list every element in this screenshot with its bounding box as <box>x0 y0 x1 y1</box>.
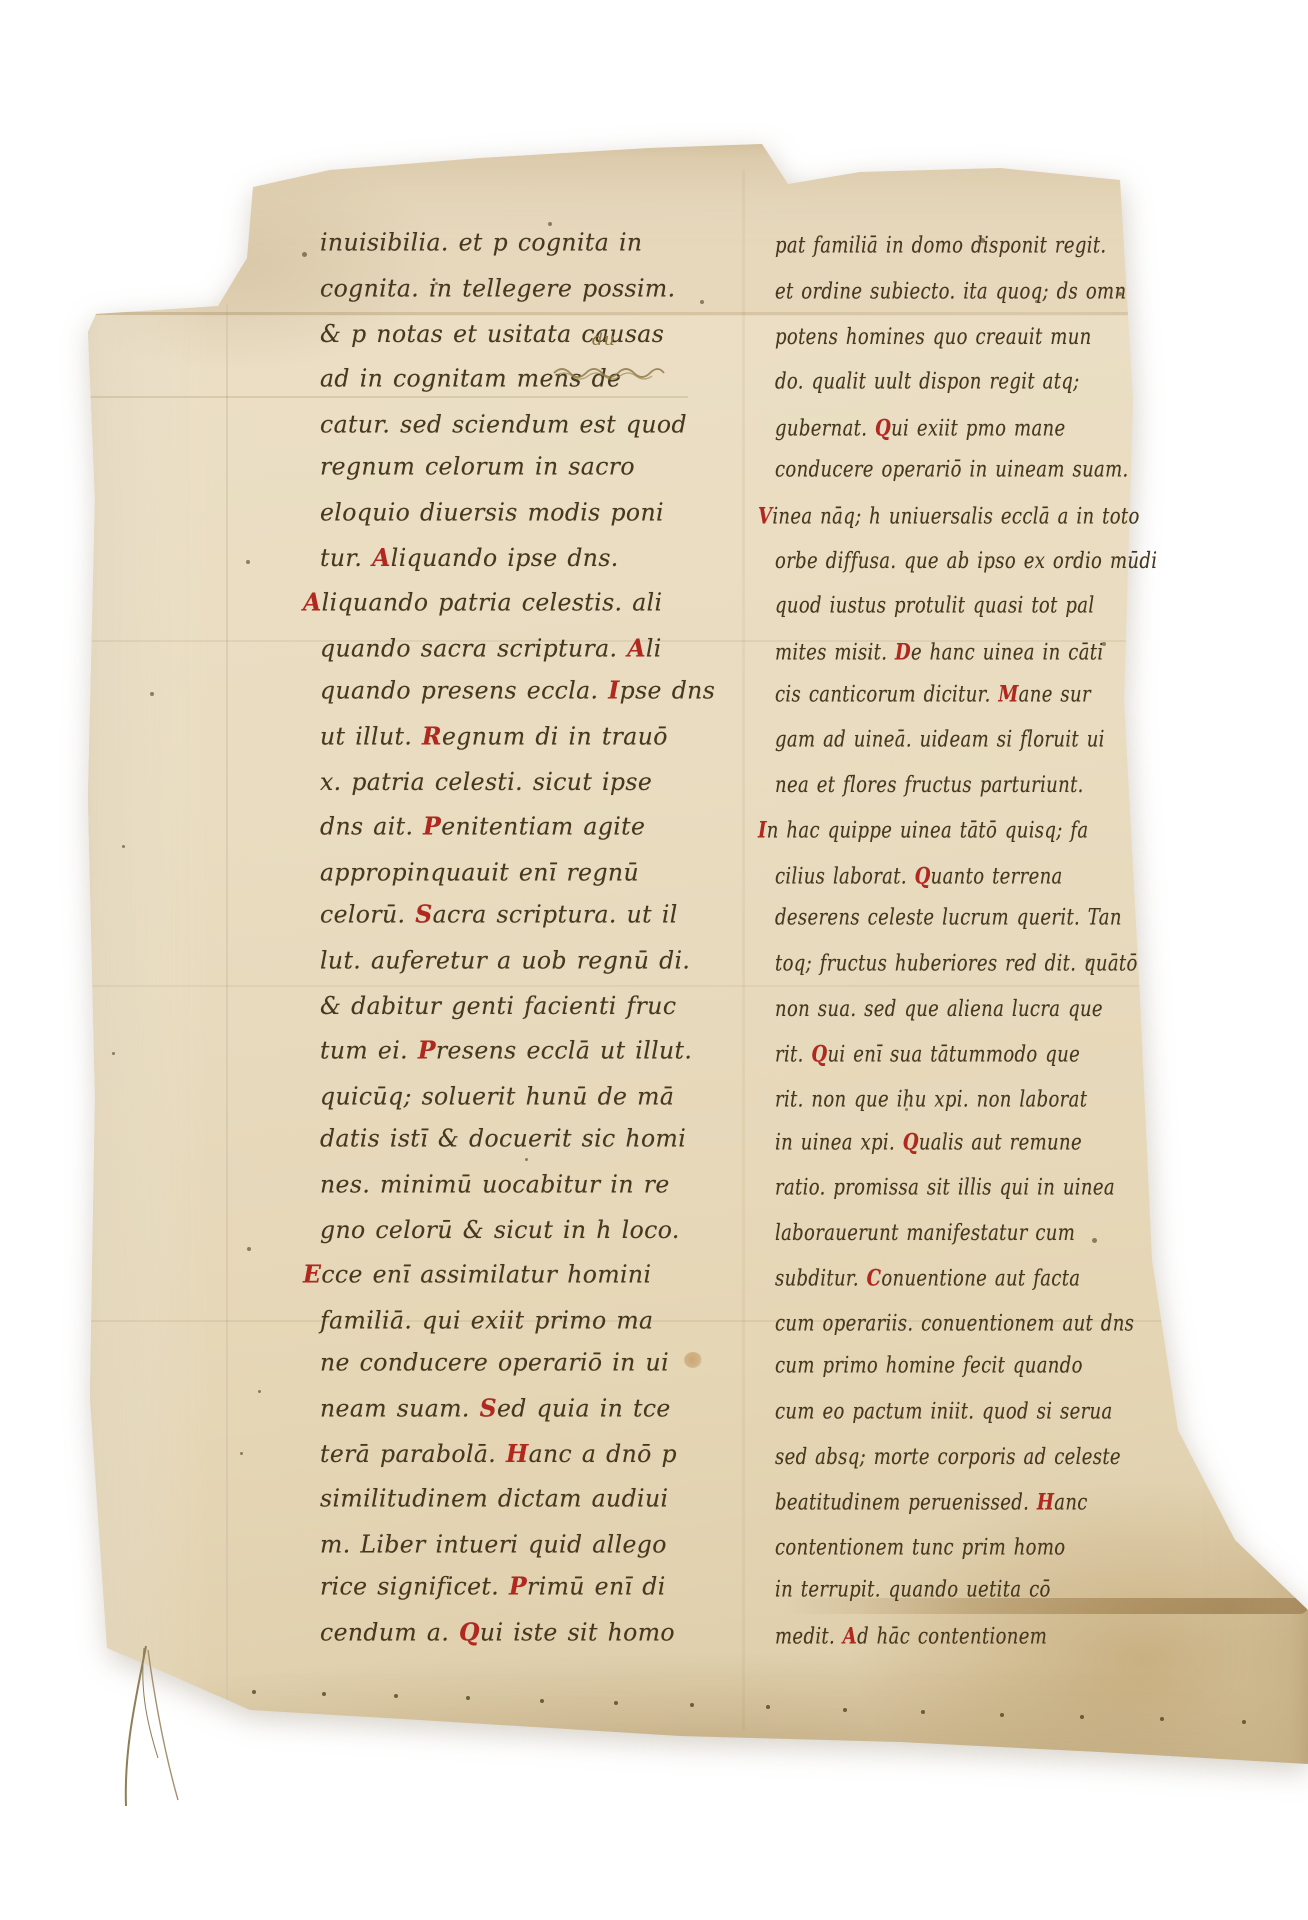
rubric-initial: I <box>758 818 767 844</box>
rubric-initial: V <box>758 503 772 529</box>
text-run: enitentiam agite <box>441 813 645 841</box>
sewing-hole <box>1000 1713 1004 1717</box>
text-run: in uinea xpi. <box>775 1131 903 1156</box>
manuscript-line: rit. non que ihu xpi. non laborat <box>775 1079 1157 1124</box>
speck <box>246 560 250 564</box>
text-run: lut. auferetur a uob regnū di. <box>320 946 690 974</box>
rubric-initial: A <box>303 588 322 617</box>
rubric-initial: P <box>423 812 441 841</box>
manuscript-line: terā parabolā. Hanc a dnō p <box>320 1432 715 1477</box>
manuscript-line: non sua. sed que aliena lucra que <box>775 988 1157 1033</box>
text-run: tur. <box>320 544 372 572</box>
rubric-initial: S <box>415 900 432 929</box>
photo-background: inuisibilia. et p cognita incognita. in … <box>0 0 1308 1920</box>
manuscript-line: cilius laborat. Quanto terrena <box>775 855 1157 900</box>
sewing-hole <box>394 1694 398 1698</box>
text-run: cilius laborat. <box>775 865 915 890</box>
text-run: & dabitur genti facienti fruc <box>320 992 676 1020</box>
text-run: cendum a. <box>320 1618 459 1646</box>
manuscript-line: medit. Ad hāc contentionem <box>775 1614 1157 1659</box>
text-run: gam ad uineā. uideam si floruit ui <box>775 727 1105 752</box>
manuscript-line: lut. auferetur a uob regnū di. <box>320 938 715 983</box>
manuscript-line: Ecce enī assimilatur homini <box>303 1253 715 1298</box>
manuscript-line: deserens celeste lucrum querit. Tan <box>775 897 1157 942</box>
manuscript-line: eloquio diuersis modis poni <box>320 490 715 535</box>
text-run: e hanc uinea in cāti <box>911 641 1104 666</box>
text-column-left: inuisibilia. et p cognita incognita. in … <box>320 222 723 1656</box>
text-run: orbe diffusa. que ab ipso ex ordio mūdi <box>775 549 1157 574</box>
text-run: appropinquauit enī regnū <box>320 859 639 887</box>
rubric-initial: D <box>895 640 911 666</box>
text-run: ui enī sua tātummodo que <box>827 1043 1080 1068</box>
speck <box>302 252 307 257</box>
sewing-hole <box>1160 1717 1164 1721</box>
manuscript-line: dns ait. Penitentiam agite <box>320 805 715 850</box>
text-run: similitudinem dictam audiui <box>320 1485 668 1513</box>
text-run: egnum di in trauō <box>442 722 668 750</box>
text-run: quando presens eccla. <box>320 677 608 705</box>
text-run: do. qualit uult dispon regit atq; <box>775 370 1080 395</box>
rubric-initial: P <box>418 1036 436 1065</box>
manuscript-line: catur. sed sciendum est quod <box>320 403 715 448</box>
text-run: in terrupit. quando uetita cō <box>775 1578 1051 1603</box>
rubric-initial: A <box>627 634 646 663</box>
rubric-initial: I <box>608 676 619 705</box>
manuscript-line: orbe diffusa. que ab ipso ex ordio mūdi <box>775 540 1157 585</box>
sewing-hole <box>540 1699 544 1703</box>
manuscript-line: beatitudinem peruenissed. Hanc <box>775 1481 1157 1526</box>
rubric-initial: C <box>867 1266 882 1292</box>
text-run: nea et flores fructus parturiunt. <box>775 773 1084 798</box>
text-run: deserens celeste lucrum querit. Tan <box>775 906 1122 931</box>
rubric-initial: R <box>422 721 442 750</box>
manuscript-line: cis canticorum dicitur. Mane sur <box>775 673 1157 718</box>
sewing-hole <box>1080 1715 1084 1719</box>
manuscript-line: appropinquauit enī regnū <box>320 851 715 896</box>
text-run: ui exiit pmo mane <box>891 417 1065 442</box>
manuscript-line: gno celorū & sicut in h loco. <box>320 1208 715 1253</box>
text-run: tum ei. <box>320 1037 418 1065</box>
manuscript-line: m. Liber intueri quid allego <box>320 1523 715 1568</box>
manuscript-line: cum primo homine fecit quando <box>775 1345 1157 1390</box>
text-run: medit. <box>775 1624 843 1649</box>
text-run: pat familiā in domo disponit regit. <box>775 234 1106 259</box>
text-run: m. Liber intueri quid allego <box>320 1531 667 1559</box>
rubric-initial: Q <box>459 1617 480 1646</box>
manuscript-line: rice significet. Primū enī di <box>320 1565 715 1610</box>
rubric-initial: E <box>303 1260 321 1289</box>
sewing-hole <box>921 1710 925 1714</box>
text-run: potens homines quo creauit mun <box>775 325 1092 350</box>
speck <box>247 1247 251 1251</box>
text-run: et ordine subiecto. ita quoq; ds omn <box>775 279 1126 304</box>
text-run: ut illut. <box>320 722 422 750</box>
text-run: regnum celorum in sacro <box>320 453 635 481</box>
text-run: acra scriptura. ut il <box>433 901 678 929</box>
text-run: laborauerunt manifestatur cum <box>775 1221 1075 1246</box>
text-run: familiā. qui exiit primo ma <box>320 1307 653 1335</box>
manuscript-line: cum eo pactum iniit. quod si serua <box>775 1390 1157 1435</box>
interlinear-correction: du <box>592 330 616 350</box>
sewing-hole <box>252 1690 256 1694</box>
manuscript-line: x. patria celesti. sicut ipse <box>320 760 715 805</box>
sewing-hole <box>466 1696 470 1700</box>
text-run: ui iste sit homo <box>480 1618 675 1646</box>
manuscript-line: neam suam. Sed quia in tce <box>320 1386 715 1431</box>
rubric-initial: S <box>480 1393 497 1422</box>
text-run: eloquio diuersis modis poni <box>320 498 664 526</box>
manuscript-line: et ordine subiecto. ita quoq; ds omn <box>775 270 1157 315</box>
manuscript-line: pat familiā in domo disponit regit. <box>775 225 1157 270</box>
text-run: d hāc contentionem <box>857 1624 1047 1649</box>
text-run: anc <box>1054 1491 1087 1516</box>
text-column-right: pat familiā in domo disponit regit.et or… <box>775 226 1241 1660</box>
text-run: dns ait. <box>320 813 423 841</box>
manuscript-line: conducere operariō in uineam suam. <box>775 449 1157 494</box>
text-run: uanto terrena <box>931 865 1063 890</box>
manuscript-line: contentionem tunc prim homo <box>775 1527 1157 1572</box>
text-run: celorū. <box>320 901 415 929</box>
text-run: mites misit. <box>775 641 895 666</box>
text-run: rimū enī di <box>527 1573 666 1601</box>
text-run: li <box>646 635 662 663</box>
rubric-initial: A <box>843 1623 857 1649</box>
manuscript-line: sed absq; morte corporis ad celeste <box>775 1436 1157 1481</box>
manuscript-line: mites misit. De hanc uinea in cāti <box>775 631 1157 676</box>
speck <box>122 845 125 848</box>
text-run: cum primo homine fecit quando <box>775 1354 1083 1379</box>
text-run: conducere operariō in uineam suam. <box>775 458 1129 483</box>
text-run: anc a dnō p <box>529 1440 677 1468</box>
text-run: quod iustus protulit quasi tot pal <box>775 594 1094 619</box>
manuscript-line: do. qualit uult dispon regit atq; <box>775 361 1157 406</box>
manuscript-line: In hac quippe uinea tātō quisq; fa <box>758 809 1154 854</box>
rubric-initial: Q <box>875 416 891 442</box>
manuscript-line: in terrupit. quando uetita cō <box>775 1569 1157 1614</box>
text-run: contentionem tunc prim homo <box>775 1536 1065 1561</box>
loose-thread <box>96 1628 236 1828</box>
text-run: cognita. in tellegere possim. <box>320 274 675 302</box>
text-run: neam suam. <box>320 1394 480 1422</box>
text-run: resens ecclā ut illut. <box>436 1037 692 1065</box>
text-run: quando sacra scriptura. <box>320 635 627 663</box>
sewing-hole <box>322 1692 326 1696</box>
text-run: ne conducere operariō in ui <box>320 1349 669 1377</box>
text-run: cis canticorum dicitur. <box>775 683 998 708</box>
text-run: ratio. promissa sit illis qui in uinea <box>775 1175 1115 1200</box>
text-run: toq; fructus huberiores red dit. quātō <box>775 951 1138 976</box>
text-run: gubernat. <box>775 417 875 442</box>
rubric-initial: Q <box>811 1042 827 1068</box>
text-run: gno celorū & sicut in h loco. <box>320 1216 680 1244</box>
text-run: catur. sed sciendum est quod <box>320 411 687 439</box>
manuscript-line: ratio. promissa sit illis qui in uinea <box>775 1166 1157 1211</box>
rubric-initial: H <box>1037 1490 1054 1516</box>
manuscript-line: datis istī & docuerit sic homi <box>320 1117 715 1162</box>
manuscript-line: inuisibilia. et p cognita in <box>320 221 715 266</box>
text-run: cce enī assimilatur homini <box>321 1261 651 1289</box>
parchment-folded-edge <box>84 304 228 1712</box>
manuscript-line: tum ei. Presens ecclā ut illut. <box>320 1029 715 1074</box>
rubric-initial: A <box>372 543 391 572</box>
text-run: datis istī & docuerit sic homi <box>320 1125 686 1153</box>
rubric-initial: P <box>509 1572 527 1601</box>
rubric-initial: Q <box>915 864 931 890</box>
sewing-hole <box>766 1705 770 1709</box>
manuscript-line: quando sacra scriptura. Ali <box>320 627 715 672</box>
manuscript-line: subditur. Conuentione aut facta <box>775 1257 1157 1302</box>
manuscript-line: in uinea xpi. Qualis aut remune <box>775 1121 1157 1166</box>
manuscript-line: potens homines quo creauit mun <box>775 316 1157 361</box>
manuscript-line: regnum celorum in sacro <box>320 445 715 490</box>
manuscript-line: cum operariis. conuentionem aut dns <box>775 1303 1157 1348</box>
manuscript-line: tur. Aliquando ipse dns. <box>320 536 715 581</box>
manuscript-line: laborauerunt manifestatur cum <box>775 1212 1157 1257</box>
text-run: subditur. <box>775 1267 867 1292</box>
text-run: rit. <box>775 1043 811 1068</box>
manuscript-line: quando presens eccla. Ipse dns <box>320 669 715 714</box>
text-run: non sua. sed que aliena lucra que <box>775 997 1103 1022</box>
text-run: sed absq; morte corporis ad celeste <box>775 1445 1121 1470</box>
manuscript-line: Aliquando patria celestis. ali <box>303 581 715 626</box>
text-run: inuisibilia. et p cognita in <box>320 229 642 257</box>
text-run: x. patria celesti. sicut ipse <box>320 768 652 796</box>
text-run: liquando ipse dns. <box>391 544 619 572</box>
rubric-initial: M <box>998 682 1018 708</box>
text-run: terā parabolā. <box>320 1440 506 1468</box>
sewing-hole <box>1242 1720 1246 1724</box>
text-run: beatitudinem peruenissed. <box>775 1491 1037 1516</box>
manuscript-line: Vinea nāq; h uniuersalis ecclā a in toto <box>758 494 1154 539</box>
text-run: ane sur <box>1019 683 1091 708</box>
manuscript-line: cendum a. Qui iste sit homo <box>320 1610 715 1655</box>
speck <box>240 1452 243 1455</box>
manuscript-line: quod iustus protulit quasi tot pal <box>775 585 1157 630</box>
text-run: cum eo pactum iniit. quod si serua <box>775 1399 1113 1424</box>
rubric-initial: Q <box>903 1130 919 1156</box>
sewing-hole <box>843 1708 847 1712</box>
manuscript-line: nea et flores fructus parturiunt. <box>775 764 1157 809</box>
speck <box>150 692 154 696</box>
manuscript-line: ut illut. Regnum di in trauō <box>320 714 715 759</box>
rubric-initial: H <box>506 1439 529 1468</box>
text-run: n hac quippe uinea tātō quisq; fa <box>767 819 1089 844</box>
text-run: ed quia in tce <box>497 1394 671 1422</box>
manuscript-line: ne conducere operariō in ui <box>320 1341 715 1386</box>
manuscript-line: nes. minimū uocabitur in re <box>320 1162 715 1207</box>
manuscript-line: & dabitur genti facienti fruc <box>320 984 715 1029</box>
text-run: ualis aut remune <box>919 1131 1082 1156</box>
text-run: pse dns <box>620 677 716 705</box>
manuscript-line: familiā. qui exiit primo ma <box>320 1299 715 1344</box>
text-run: cum operariis. conuentionem aut dns <box>775 1312 1134 1337</box>
manuscript-line: gubernat. Qui exiit pmo mane <box>775 407 1157 452</box>
text-run: nes. minimū uocabitur in re <box>320 1170 670 1198</box>
manuscript-line: & p notas et usitata causas <box>320 312 715 357</box>
text-run: liquando patria celestis. ali <box>322 589 663 617</box>
sewing-hole <box>614 1701 618 1705</box>
text-run: onuentione aut facta <box>881 1267 1080 1292</box>
manuscript-line: toq; fructus huberiores red dit. quātō <box>775 942 1157 987</box>
manuscript-line: rit. Qui enī sua tātummodo que <box>775 1033 1157 1078</box>
manuscript-line: quicūq; soluerit hunū de mā <box>320 1075 715 1120</box>
text-run: rice significet. <box>320 1573 509 1601</box>
text-run: inea nāq; h uniuersalis ecclā a in toto <box>772 504 1139 529</box>
vertical-crease <box>742 170 745 1730</box>
speck <box>258 1390 261 1393</box>
manuscript-line: similitudinem dictam audiui <box>320 1477 715 1522</box>
text-run: quicūq; soluerit hunū de mā <box>320 1083 674 1111</box>
manuscript-line: gam ad uineā. uideam si floruit ui <box>775 718 1157 763</box>
manuscript-line: cognita. in tellegere possim. <box>320 266 715 311</box>
manuscript-line: celorū. Sacra scriptura. ut il <box>320 893 715 938</box>
erased-correction-scribble <box>552 364 670 380</box>
text-run: rit. non que ihu xpi. non laborat <box>775 1088 1087 1113</box>
speck <box>112 1052 115 1055</box>
sewing-hole <box>690 1703 694 1707</box>
